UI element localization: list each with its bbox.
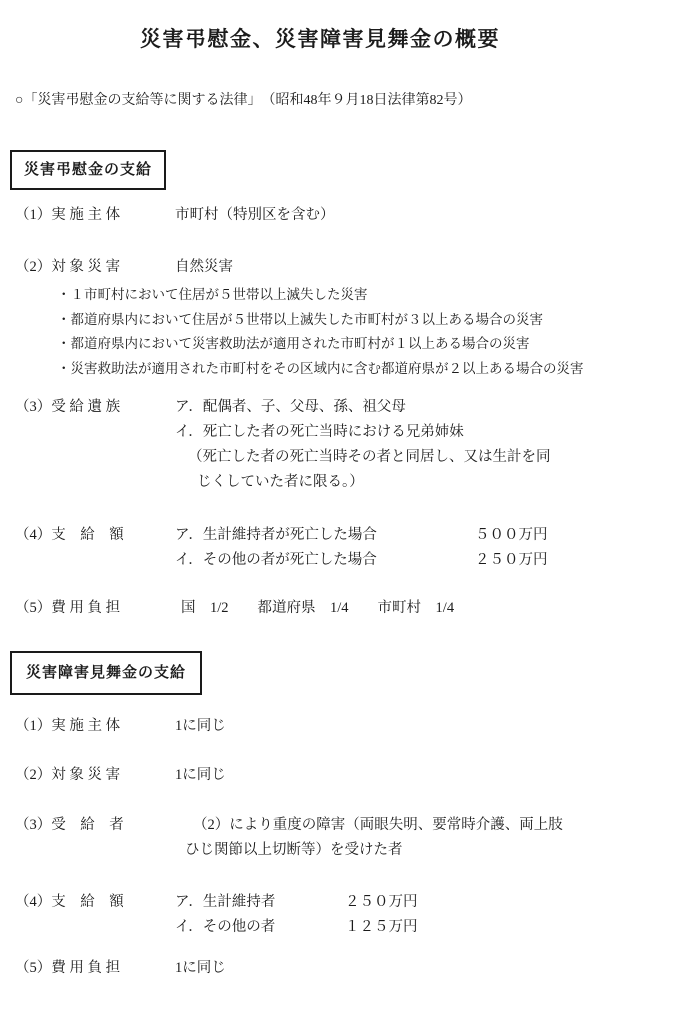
amount-row: イ．その他の者が死亡した場合 ２５０万円: [175, 548, 548, 573]
item-row-s1-5: （5）費 用 負 担 国 1/2 都道府県 1/4 市町村 1/4: [15, 598, 692, 619]
item-value: 市町村（特別区を含む）: [175, 205, 335, 226]
bullet-item: ・都道府県内において災害救助法が適用された市町村が１以上ある場合の災害: [57, 332, 692, 357]
amount-value: ２５０万円: [345, 890, 418, 915]
item-value-block: （2）により重度の障害（両眼失明、要常時介護、両上肢 ひじ関節以上切断等）を受け…: [175, 813, 563, 863]
item-value-block: ア．配偶者、子、父母、孫、祖父母 イ．死亡した者の死亡当時における兄弟姉妹 （死…: [175, 395, 551, 495]
bullet-item: ・災害救助法が適用された市町村をその区域内に含む都道府県が２以上ある場合の災害: [57, 357, 692, 382]
amount-desc: ア．生計維持者が死亡した場合: [175, 523, 475, 548]
amount-row: ア．生計維持者が死亡した場合 ５００万円: [175, 523, 548, 548]
item-value: 1に同じ: [175, 765, 226, 786]
document-page: 災害弔慰金、災害障害見舞金の概要 ○「災害弔慰金の支給等に関する法律」 （昭和4…: [0, 0, 692, 1024]
item-value: 自然災害: [175, 257, 233, 278]
item-label: （2）対 象 災 害: [15, 765, 175, 786]
item-row-s1-4: （4）支 給 額 ア．生計維持者が死亡した場合 ５００万円 イ．その他の者が死亡…: [15, 523, 692, 573]
bullet-item: ・都道府県内において住居が５世帯以上滅失した市町村が３以上ある場合の災害: [57, 308, 692, 333]
item-label: （3）受 給 者: [15, 813, 175, 838]
item-row-s2-5: （5）費 用 負 担 1に同じ: [15, 958, 692, 979]
item-row-s2-4: （4）支 給 額 ア．生計維持者 ２５０万円 イ．その他の者 １２５万円: [15, 890, 692, 940]
recipient-line-a: ア．配偶者、子、父母、孫、祖父母: [175, 395, 551, 420]
amount-row: ア．生計維持者 ２５０万円: [175, 890, 418, 915]
recipient-line-2: ひじ関節以上切断等）を受けた者: [175, 838, 563, 863]
amount-value: ５００万円: [475, 523, 548, 548]
item-row-s2-1: （1）実 施 主 体 1に同じ: [15, 716, 692, 737]
item-label: （1）実 施 主 体: [15, 205, 175, 226]
page-title: 災害弔慰金、災害障害見舞金の概要: [0, 27, 666, 53]
amount-row: イ．その他の者 １２５万円: [175, 915, 418, 940]
item-label: （3）受 給 遺 族: [15, 395, 175, 420]
amount-table: ア．生計維持者 ２５０万円 イ．その他の者 １２５万円: [175, 890, 418, 940]
item-label: （2）対 象 災 害: [15, 257, 175, 278]
item-label: （1）実 施 主 体: [15, 716, 175, 737]
recipient-line-1: （2）により重度の障害（両眼失明、要常時介護、両上肢: [175, 813, 563, 838]
item-label: （5）費 用 負 担: [15, 598, 175, 619]
amount-desc: ア．生計維持者: [175, 890, 345, 915]
item-row-s2-3: （3）受 給 者 （2）により重度の障害（両眼失明、要常時介護、両上肢 ひじ関節…: [15, 813, 692, 863]
amount-value: ２５０万円: [475, 548, 548, 573]
item-value: 1に同じ: [175, 958, 226, 979]
amount-table: ア．生計維持者が死亡した場合 ５００万円 イ．その他の者が死亡した場合 ２５０万…: [175, 523, 548, 573]
amount-desc: イ．その他の者が死亡した場合: [175, 548, 475, 573]
item-label: （4）支 給 額: [15, 890, 175, 915]
bullet-item: ・１市町村において住居が５世帯以上滅失した災害: [57, 283, 692, 308]
item-row-s1-1: （1）実 施 主 体 市町村（特別区を含む）: [15, 205, 692, 226]
item-row-s1-2: （2）対 象 災 害 自然災害: [15, 257, 692, 278]
recipient-note-line-2: じくしていた者に限る。）: [175, 470, 551, 495]
item-row-s1-3: （3）受 給 遺 族 ア．配偶者、子、父母、孫、祖父母 イ．死亡した者の死亡当時…: [15, 395, 692, 495]
item-label: （5）費 用 負 担: [15, 958, 175, 979]
law-reference: ○「災害弔慰金の支給等に関する法律」 （昭和48年９月18日法律第82号）: [15, 91, 692, 111]
item-value: 1に同じ: [175, 716, 226, 737]
item-row-s2-2: （2）対 象 災 害 1に同じ: [15, 765, 692, 786]
section-heading-shougai-mimaikin: 災害障害見舞金の支給: [10, 651, 202, 695]
amount-value: １２５万円: [345, 915, 418, 940]
item-value: 国 1/2 都道府県 1/4 市町村 1/4: [175, 598, 454, 619]
amount-desc: イ．その他の者: [175, 915, 345, 940]
recipient-note-line-1: （死亡した者の死亡当時その者と同居し、又は生計を同: [175, 445, 551, 470]
item-label: （4）支 給 額: [15, 523, 175, 548]
recipient-line-b: イ．死亡した者の死亡当時における兄弟姉妹: [175, 420, 551, 445]
disaster-criteria-list: ・１市町村において住居が５世帯以上滅失した災害 ・都道府県内において住居が５世帯…: [0, 283, 692, 381]
section-heading-saigai-choikin: 災害弔慰金の支給: [10, 150, 166, 190]
